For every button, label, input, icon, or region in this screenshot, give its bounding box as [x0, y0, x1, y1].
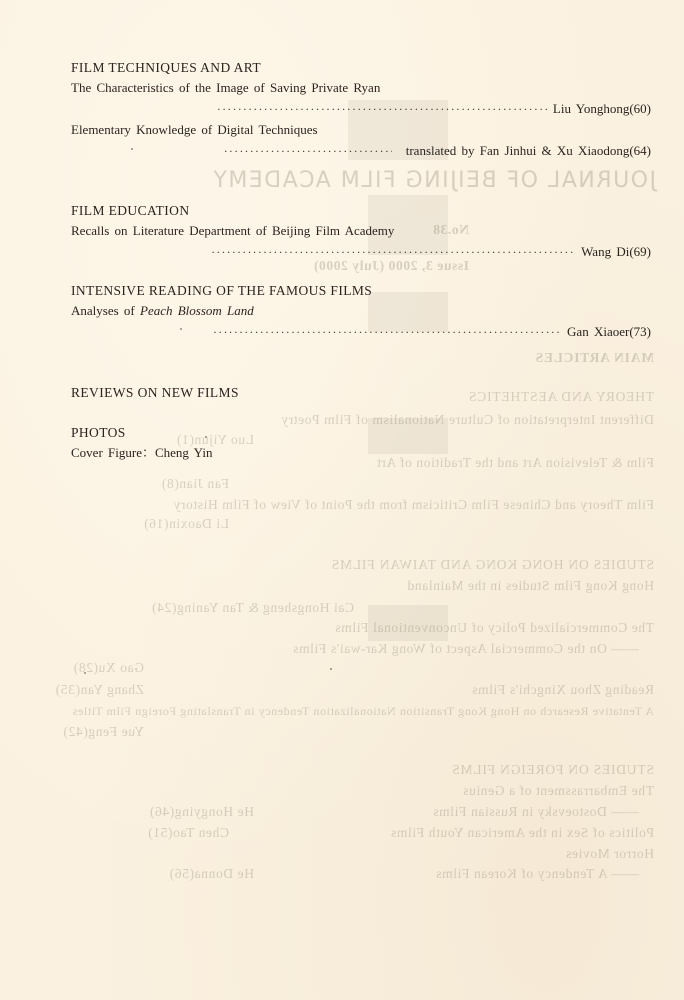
- bleed-line: Horror Movies: [566, 846, 654, 862]
- paper-speck: [131, 148, 133, 150]
- film-title-italic: Peach Blossom Land: [140, 303, 254, 318]
- entry-author: Gan Xiaoer(73): [567, 321, 651, 343]
- bleed-line: Politics of Sex in the American Youth Fi…: [390, 825, 654, 841]
- section-film-education: FILM EDUCATION Recalls on Literature Dep…: [71, 201, 651, 263]
- dot-leader: ········································…: [217, 98, 547, 120]
- bleed-line: Hong Kong Film Studies in the Mainland: [407, 578, 654, 594]
- section-title: FILM TECHNIQUES AND ART: [71, 58, 651, 78]
- bleed-line: —— A Tendency of Korean Films: [436, 866, 639, 882]
- bleed-line: STUDIES ON HONG KONG AND TAIWAN FILMS: [331, 557, 654, 573]
- entry-title: The Characteristics of the Image of Savi…: [71, 78, 651, 98]
- bleed-line: Yue Feng(42): [63, 724, 144, 740]
- bleed-line: —— Dostoevsky in Russian Films: [433, 804, 639, 820]
- section-reviews-on-new-films: REVIEWS ON NEW FILMS: [71, 383, 651, 403]
- dot-leader: ········································…: [211, 241, 575, 263]
- section-title: INTENSIVE READING OF THE FAMOUS FILMS: [71, 281, 651, 301]
- entry-title: Elementary Knowledge of Digital Techniqu…: [71, 120, 651, 140]
- entry-page: (69): [629, 244, 651, 259]
- section-title: PHOTOS: [71, 423, 651, 443]
- bleed-line: Zhang Yan(35): [55, 682, 144, 698]
- entry-title: Cover Figure：Cheng Yin: [71, 443, 651, 463]
- bleed-line: Fan Jian(8): [161, 476, 229, 492]
- bleed-line: A Tentative Research on Hong Kong Transi…: [72, 704, 654, 719]
- dot-leader: ········································…: [224, 140, 392, 162]
- entry-page: (60): [629, 101, 651, 116]
- bleed-line: Cai Hongsheng & Tan Yaning(24): [152, 600, 354, 616]
- section-photos: PHOTOS Cover Figure：Cheng Yin: [71, 423, 651, 463]
- section-film-techniques-and-art: FILM TECHNIQUES AND ART The Characterist…: [71, 58, 651, 162]
- entry-author: translated by Fan Jinhui & Xu Xiaodong(6…: [406, 140, 651, 162]
- entry-title: Analyses of Peach Blossom Land: [71, 301, 651, 321]
- journal-page: JOURNAL OF BEIJING FILM ACADEMY No.38 Is…: [0, 0, 684, 1000]
- bleed-line: The Embarrassment of a Genius: [463, 783, 654, 799]
- toc-entry-leader: ········································…: [71, 140, 651, 162]
- table-of-contents: FILM TECHNIQUES AND ART The Characterist…: [71, 58, 651, 463]
- entry-author: Liu Yonghong(60): [553, 98, 651, 120]
- section-intensive-reading: INTENSIVE READING OF THE FAMOUS FILMS An…: [71, 281, 651, 343]
- bleed-line: Film Theory and Chinese Film Criticism f…: [173, 497, 654, 513]
- toc-entry-leader: ········································…: [71, 241, 651, 263]
- section-title: REVIEWS ON NEW FILMS: [71, 383, 651, 403]
- bleed-line: He Hongying(46): [149, 804, 254, 820]
- bleed-block: [368, 605, 448, 641]
- entry-title: Recalls on Literature Department of Beij…: [71, 221, 651, 241]
- bleed-line: Li Daoxin(16): [144, 516, 229, 532]
- bleed-line: The Commercialized Policy of Unconventio…: [335, 620, 654, 636]
- paper-speck: [84, 672, 86, 674]
- bleed-line: STUDIES ON FOREIGN FILMS: [451, 762, 654, 778]
- paper-speck: [330, 668, 332, 670]
- toc-entry-leader: ········································…: [71, 98, 651, 120]
- paper-speck: [180, 328, 182, 330]
- entry-page: (64): [629, 143, 651, 158]
- entry-page: (73): [629, 324, 651, 339]
- bleed-line: Chen Tao(51): [148, 825, 229, 841]
- entry-author: Wang Di(69): [581, 241, 651, 263]
- paper-speck: [205, 436, 207, 438]
- bleed-line: Reading Zhou Xingchi's Films: [472, 682, 654, 698]
- bleed-line: He Donna(56): [169, 866, 254, 882]
- section-title: FILM EDUCATION: [71, 201, 651, 221]
- bleed-line: —— On the Commercial Aspect of Wong Kar-…: [293, 641, 639, 657]
- toc-entry-leader: ········································…: [71, 321, 651, 343]
- dot-leader: ········································…: [213, 321, 561, 343]
